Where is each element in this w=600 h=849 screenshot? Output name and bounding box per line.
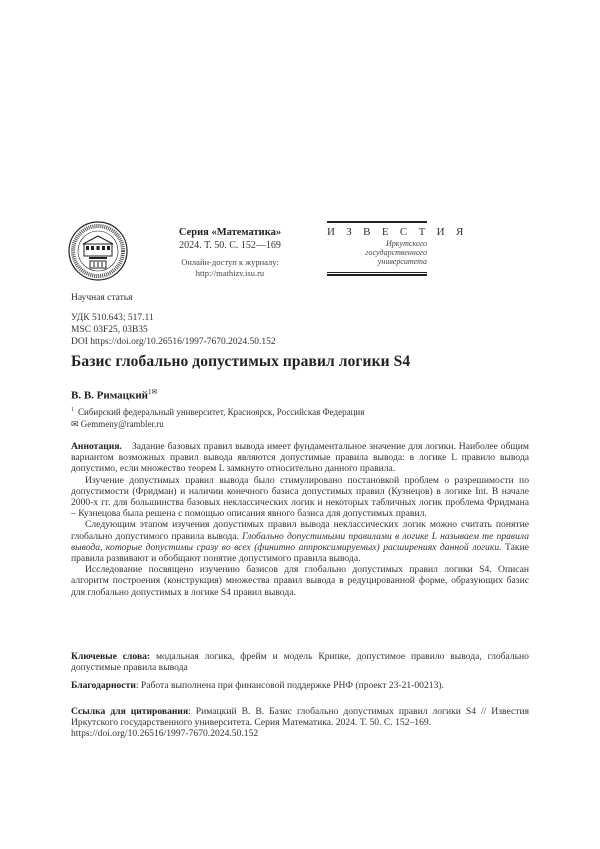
journal-logo-subtitle-3: университета	[327, 257, 427, 266]
msc-code: MSC 03F25, 03B35	[71, 324, 531, 336]
citation: Ссылка для цитирования: Римацкий В. В. Б…	[71, 706, 529, 740]
acknowledgements: Благодарности: Работа выполнена при фина…	[71, 680, 529, 691]
affiliation-sup: 1	[71, 407, 74, 413]
affiliation: 1Сибирский федеральный университет, Крас…	[71, 405, 541, 419]
logo-rule-bottom-thick	[327, 274, 427, 276]
abstract-paragraph-4: Исследование посвящено изучению базисов …	[71, 564, 529, 598]
logo-rule-top	[327, 221, 427, 223]
series-issue: 2024. Т. 50. С. 152—169	[160, 239, 300, 252]
citation-doi-link[interactable]: https://doi.org/10.26516/1997-7670.2024.…	[71, 728, 529, 739]
abstract-p1-text: Задание базовых правил вывода имеет фунд…	[71, 441, 529, 474]
article-meta: Научная статья УДК 510.643; 517.11 MSC 0…	[71, 292, 531, 348]
article-title: Базис глобально допустимых правил логики…	[71, 353, 541, 371]
acknowledgements-text: : Работа выполнена при финансовой поддер…	[136, 680, 444, 691]
abstract-paragraph-3: Следующим этапом изучения допустимых пра…	[71, 519, 529, 564]
keywords: Ключевые слова: модальная логика, фрейм …	[71, 651, 529, 673]
logo-rule-bottom	[327, 272, 427, 273]
keywords-label: Ключевые слова:	[71, 651, 150, 662]
university-seal-icon	[67, 220, 129, 282]
series-info: Серия «Математика» 2024. Т. 50. С. 152—1…	[160, 226, 300, 279]
journal-logo-subtitle-1: Иркутского	[327, 239, 427, 248]
email-link[interactable]: ✉ Gemmeny@rambler.ru	[71, 419, 541, 431]
udc-code: УДК 510.643; 517.11	[71, 312, 531, 324]
citation-label: Ссылка для цитирования	[71, 706, 188, 717]
affiliation-text: Сибирский федеральный университет, Красн…	[78, 407, 364, 417]
abstract-paragraph-1: Аннотация.Задание базовых правил вывода …	[71, 441, 529, 475]
journal-url-link[interactable]: http://mathizv.isu.ru	[160, 268, 300, 279]
online-access-label: Онлайн-доступ к журналу:	[160, 257, 300, 268]
doi-link[interactable]: DOI https://doi.org/10.26516/1997-7670.2…	[71, 336, 531, 348]
paper-page: Серия «Математика» 2024. Т. 50. С. 152—1…	[0, 0, 600, 849]
series-title: Серия «Математика»	[160, 226, 300, 239]
abstract-paragraph-2: Изучение допустимых правил вывода было с…	[71, 475, 529, 520]
article-type: Научная статья	[71, 292, 531, 304]
journal-logo-subtitle-2: государственного	[327, 248, 427, 257]
journal-logo: И З В Е С Т И Я Иркутского государственн…	[327, 221, 427, 276]
journal-logo-title: И З В Е С Т И Я	[327, 226, 427, 239]
author-name: В. В. Римацкий	[71, 390, 148, 402]
acknowledgements-label: Благодарности	[71, 680, 136, 691]
affiliation-block: 1Сибирский федеральный университет, Крас…	[71, 405, 541, 430]
abstract-label: Аннотация.	[71, 441, 122, 452]
abstract: Аннотация.Задание базовых правил вывода …	[71, 441, 529, 598]
author-sup: 1✉	[148, 388, 157, 396]
author: В. В. Римацкий1✉	[71, 388, 157, 402]
